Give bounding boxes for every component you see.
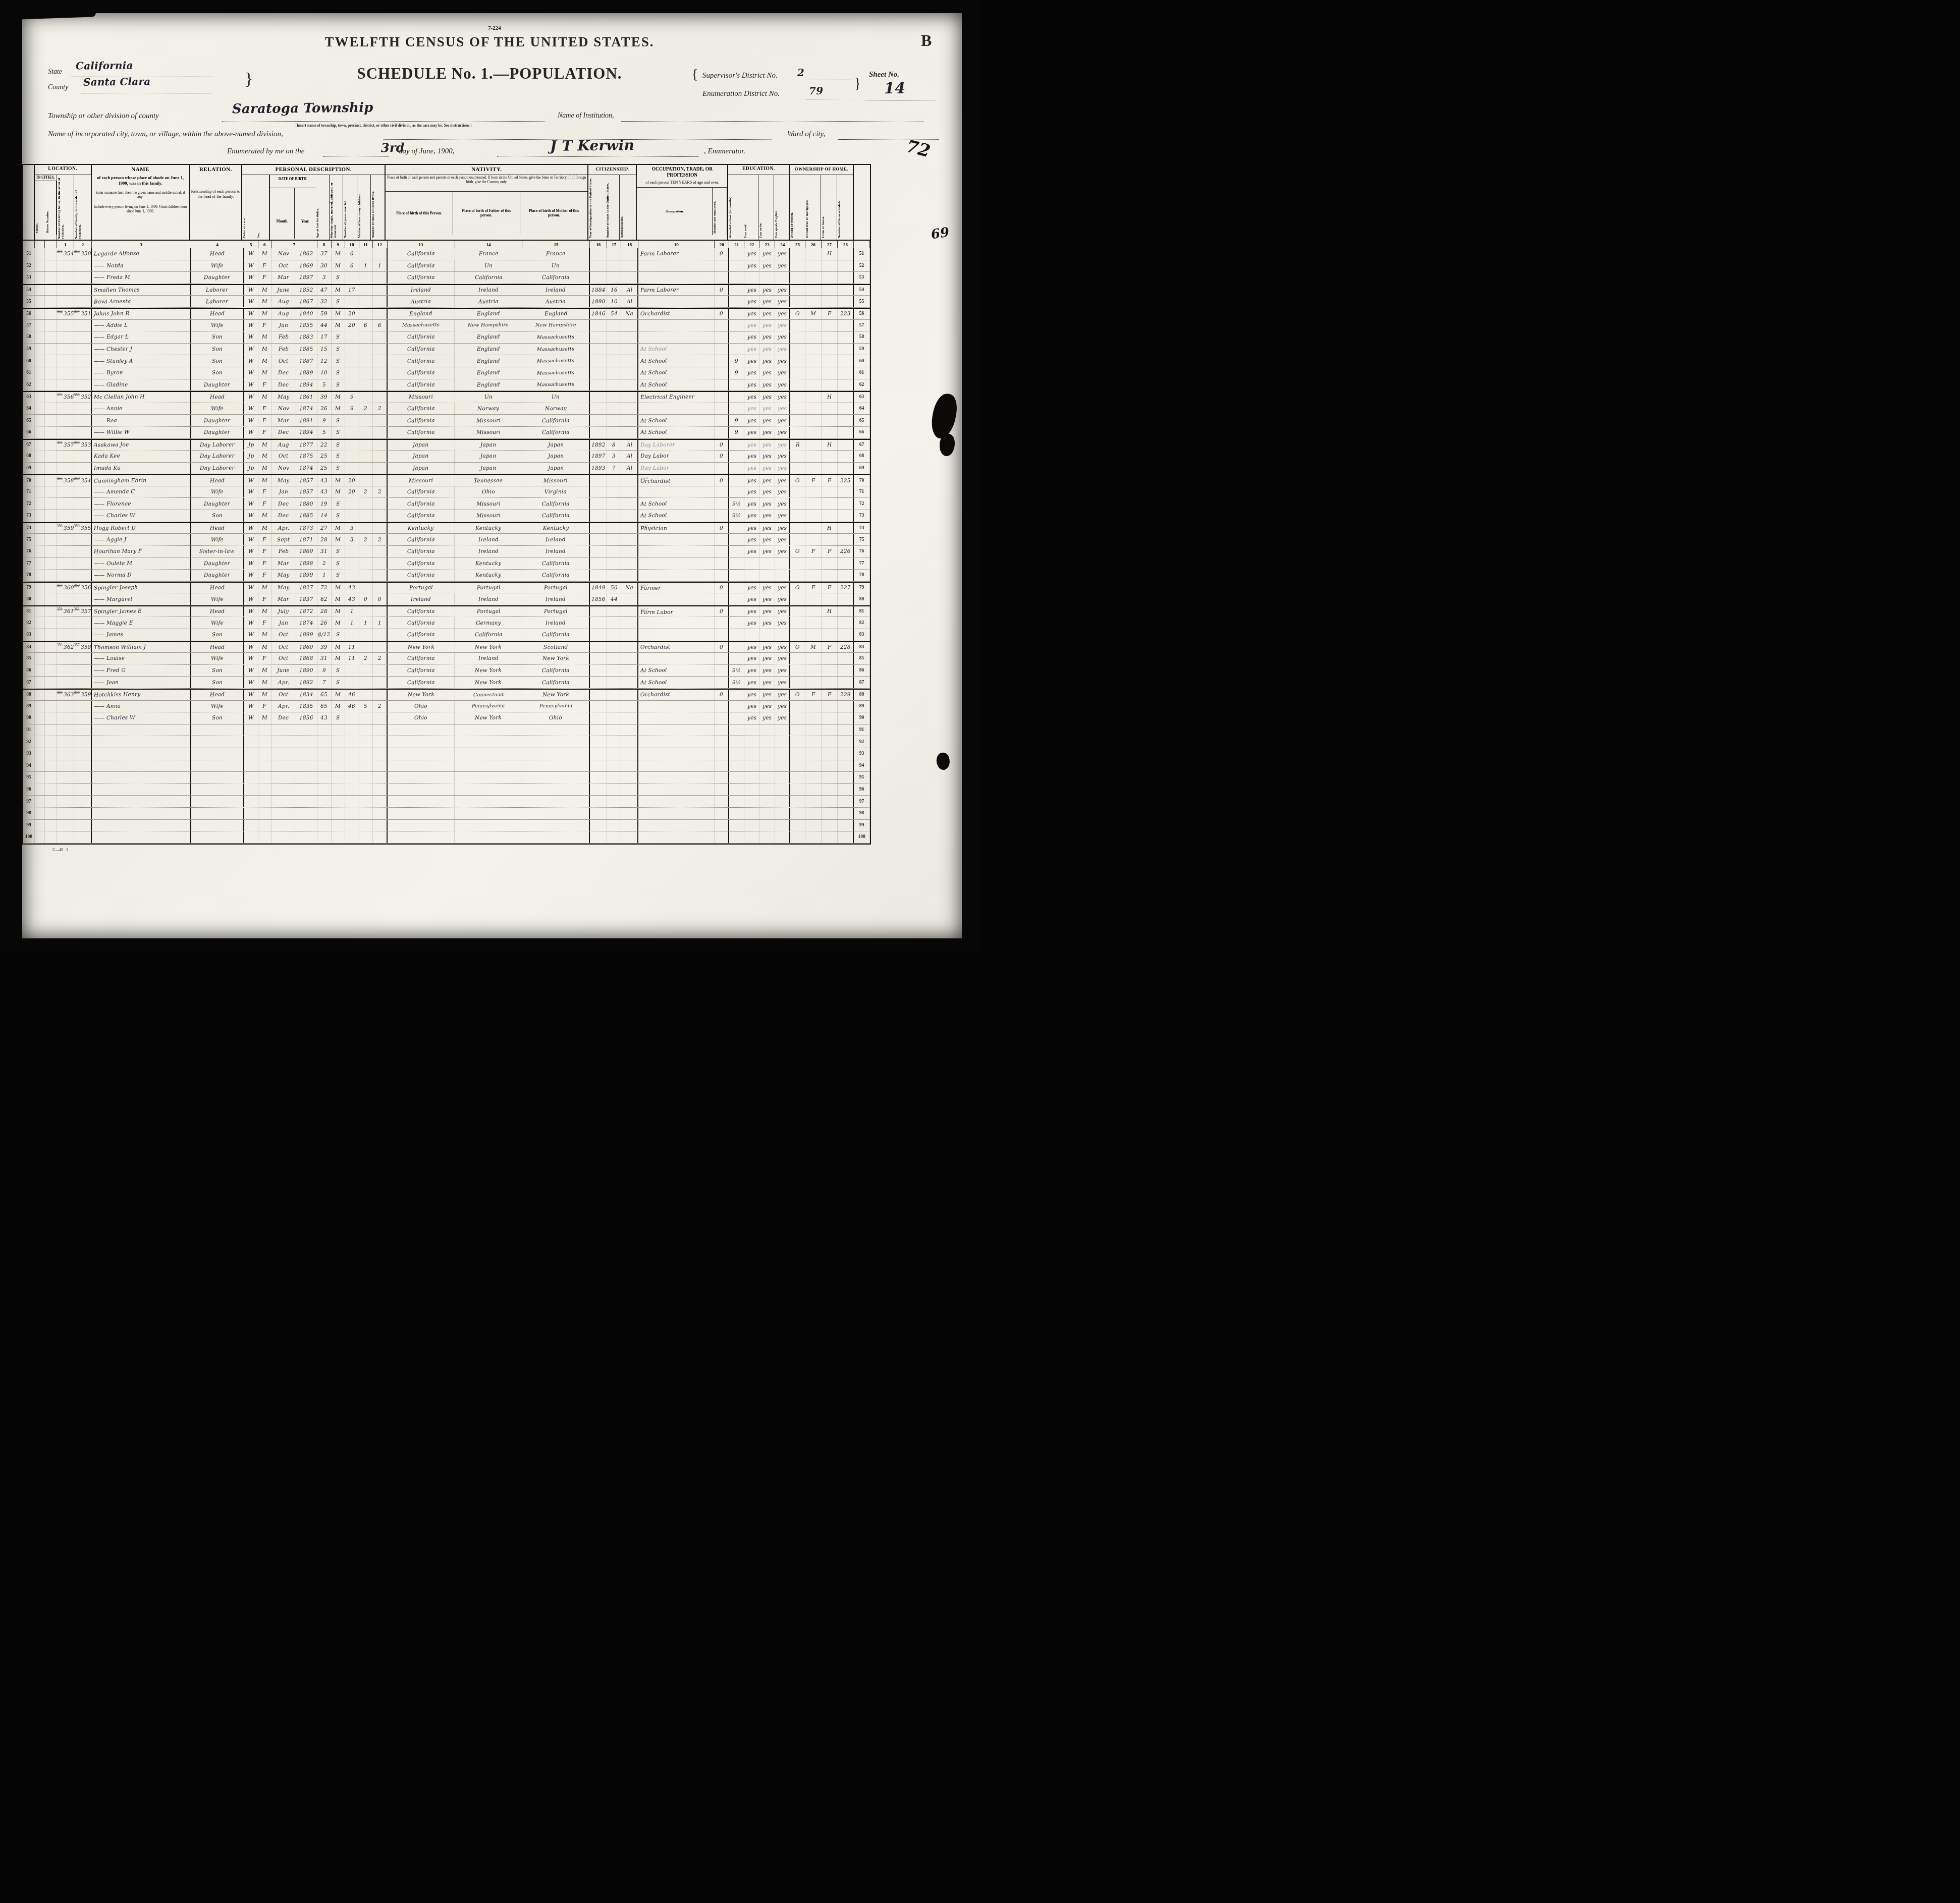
cell-sch xyxy=(729,748,744,760)
cell-age xyxy=(317,736,332,748)
cell-s: M xyxy=(258,642,271,653)
cell-c: W xyxy=(244,510,258,522)
cell-ow xyxy=(790,427,805,438)
cell-iy xyxy=(590,367,607,379)
cell-fh: H xyxy=(822,606,838,617)
cell-fam xyxy=(74,796,92,807)
cell-fam xyxy=(74,629,92,641)
row-number: 56 xyxy=(854,309,870,319)
cell-mne xyxy=(715,344,729,355)
column-number-strip: 1234567891011121314151617181920212223242… xyxy=(23,240,870,248)
cell-iy: 1897 xyxy=(590,451,607,462)
margin-scribble: 69 xyxy=(930,225,950,243)
cell-pb: California xyxy=(388,534,455,545)
cell-en xyxy=(775,557,790,569)
hdr-personal: PERSONAL DESCRIPTION. Color or race. Sex… xyxy=(242,165,386,240)
cell-ym: 46 xyxy=(345,690,359,700)
cell-cl xyxy=(373,784,388,796)
colnum-3: 3 xyxy=(92,241,191,248)
street-header: Street. xyxy=(35,181,45,235)
enumerated-post: , Enumerator. xyxy=(704,147,745,156)
sig-blank xyxy=(497,156,699,157)
cell-rel: Daughter xyxy=(191,415,244,426)
cell-oc xyxy=(638,808,715,819)
cell-ym xyxy=(345,772,359,783)
table-row: 9898 xyxy=(23,808,870,820)
cell-oc: At School xyxy=(638,379,715,391)
cell-fs xyxy=(838,820,854,831)
schedule-title: SCHEDULE No. 1.—POPULATION. xyxy=(283,65,696,83)
cell-fh xyxy=(822,760,838,772)
cell-rel: Head xyxy=(191,523,244,534)
cell-rel: Wife xyxy=(191,701,244,712)
cell-sch xyxy=(729,403,744,415)
cell-mne xyxy=(715,403,729,415)
row-number: 70 xyxy=(854,475,870,486)
cell-c: W xyxy=(244,355,258,367)
colnum-22: 22 xyxy=(744,241,759,248)
cell-cl xyxy=(373,510,388,522)
cell-ow xyxy=(790,379,805,391)
cell-dw xyxy=(57,808,74,819)
cell-s xyxy=(258,808,271,819)
cell-s: M xyxy=(258,510,271,522)
supervisor-label: Supervisor's District No. xyxy=(702,72,778,80)
cell-fs xyxy=(838,427,854,438)
cell-dw xyxy=(57,498,74,510)
cell-cl xyxy=(373,772,388,783)
cell-iy xyxy=(590,392,607,403)
cell-wr: yes xyxy=(759,583,775,593)
cell-fs xyxy=(838,486,854,498)
cell-fam xyxy=(74,510,92,522)
cell-en: yes xyxy=(775,712,790,724)
cell-fh xyxy=(822,831,838,843)
cell-pf: New York xyxy=(455,642,523,653)
cell-fs xyxy=(838,701,854,712)
cell-ow: O xyxy=(790,309,805,319)
cell-rel: Head xyxy=(191,309,244,319)
cell-fh: F xyxy=(822,690,838,700)
cell-ym xyxy=(345,344,359,355)
cell-oc: 0-0-4Physician xyxy=(638,523,715,534)
cell-rel: Day Laborer xyxy=(191,440,244,451)
cell-dw xyxy=(57,724,74,736)
row-number: 81 xyxy=(23,606,35,617)
cell-iy xyxy=(590,642,607,653)
table-row: 79357360360356Spingler JosephHeadWMMay18… xyxy=(23,582,870,594)
cell-fam xyxy=(74,760,92,772)
film-edge-top xyxy=(0,0,980,13)
cell-rd xyxy=(744,760,759,772)
cell-iy xyxy=(590,355,607,367)
cell-cl xyxy=(373,760,388,772)
cell-en: yes xyxy=(775,285,790,296)
cell-name: —— Annie xyxy=(92,403,191,415)
cell-oc xyxy=(638,796,715,807)
row-number: 58 xyxy=(23,331,35,343)
row-number: 60 xyxy=(854,355,870,367)
cell-fs xyxy=(838,808,854,819)
cell-cl xyxy=(373,272,388,284)
colnum-27: 27 xyxy=(822,241,838,248)
row-number: 67 xyxy=(23,440,35,451)
cell-house xyxy=(45,583,57,593)
row-number: 76 xyxy=(854,546,870,557)
colnum-25: 25 xyxy=(790,241,805,248)
cell-street xyxy=(35,820,45,831)
cell-street xyxy=(35,724,45,736)
ward-label: Ward of city, xyxy=(787,130,825,139)
colnum-10: 10 xyxy=(345,241,359,248)
cell-fr xyxy=(805,427,822,438)
cell-fam xyxy=(74,593,92,605)
cell-fr: F xyxy=(805,546,822,557)
cell-house xyxy=(45,451,57,462)
cell-sch xyxy=(729,260,744,272)
cell-rel: Wife xyxy=(191,403,244,415)
cell-mne xyxy=(715,320,729,331)
cell-mne xyxy=(715,808,729,819)
cell-fr xyxy=(805,392,822,403)
cell-sch xyxy=(729,772,744,783)
cell-na xyxy=(621,653,638,664)
cell-ym xyxy=(345,463,359,474)
cell-mc xyxy=(359,331,373,343)
cell-c: W xyxy=(244,272,258,284)
cell-sch xyxy=(729,546,744,557)
cell-fr xyxy=(805,463,822,474)
cell-rd: yes xyxy=(744,701,759,712)
cell-sch xyxy=(729,440,744,451)
cell-mc xyxy=(359,690,373,700)
cell-name: Spingler James E xyxy=(92,606,191,617)
table-row: 75—— Aggie JWifeWFSept187128M322Californ… xyxy=(23,534,870,546)
cell-s: F xyxy=(258,427,271,438)
cell-age: 43 xyxy=(317,486,332,498)
cell-mc xyxy=(359,677,373,688)
table-row: 87—— JeanSonWMApr.18927SCaliforniaNew Yo… xyxy=(23,677,870,689)
cell-dw xyxy=(57,260,74,272)
cell-pm xyxy=(522,784,590,796)
cell-rel: Daughter xyxy=(191,557,244,569)
cell-house xyxy=(45,367,57,379)
colnum-16: 16 xyxy=(590,241,607,248)
cell-dw xyxy=(57,784,74,796)
cell-iy xyxy=(590,331,607,343)
table-row: 59—— Chester JSonWMFeb188515SCaliforniaE… xyxy=(23,344,870,356)
cell-pm: Ireland xyxy=(522,593,590,605)
cell-fs xyxy=(838,712,854,724)
cell-pb: Missouri xyxy=(388,475,455,486)
cell-name: —— Ouleta M xyxy=(92,557,191,569)
cell-house xyxy=(45,248,57,260)
cell-age: 30 xyxy=(317,260,332,272)
cell-mo: Feb xyxy=(271,331,296,343)
cell-na xyxy=(621,260,638,272)
cell-s: F xyxy=(258,546,271,557)
cell-na xyxy=(621,642,638,653)
cell-cl xyxy=(373,557,388,569)
cell-pm: Ireland xyxy=(522,285,590,296)
row-number: 86 xyxy=(854,665,870,677)
colnum-13: 13 xyxy=(388,241,455,248)
cell-house xyxy=(45,309,57,319)
row-number: 57 xyxy=(854,320,870,331)
cell-fam xyxy=(74,463,92,474)
cell-fs xyxy=(838,355,854,367)
cell-m xyxy=(332,796,345,807)
cell-yr: 1874 xyxy=(296,403,317,415)
cell-fh xyxy=(822,677,838,688)
cell-fam xyxy=(74,736,92,748)
cell-age xyxy=(317,808,332,819)
cell-dw xyxy=(57,403,74,415)
table-row: 84359362357358Thomson William JHeadWMOct… xyxy=(23,641,870,653)
cell-dw xyxy=(57,653,74,664)
cell-yr: 1873 xyxy=(296,523,317,534)
cell-ym xyxy=(345,748,359,760)
cell-wr: yes xyxy=(759,523,775,534)
cell-iy xyxy=(590,272,607,284)
cell-s: M xyxy=(258,392,271,403)
cell-pb: California xyxy=(388,344,455,355)
cell-en: yes xyxy=(775,523,790,534)
cell-age: 5 xyxy=(317,427,332,438)
cell-c: W xyxy=(244,403,258,415)
cell-en: yes xyxy=(775,534,790,545)
cell-ym xyxy=(345,367,359,379)
cell-mne xyxy=(715,677,729,688)
table-row: 9292 xyxy=(23,736,870,748)
cell-cl: 2 xyxy=(373,701,388,712)
hdr-ownership: OWNERSHIP OF HOME. Owned or rented. Owne… xyxy=(790,165,854,240)
cell-pf: Ireland xyxy=(455,285,522,296)
cell-c: W xyxy=(244,415,258,426)
cell-mne xyxy=(715,820,729,831)
cell-en: yes xyxy=(775,498,790,510)
cell-fr xyxy=(805,248,822,260)
cell-fh xyxy=(822,367,838,379)
cell-s xyxy=(258,784,271,796)
cell-pb: England xyxy=(388,309,455,319)
cell-fs xyxy=(838,534,854,545)
row-number: 71 xyxy=(23,486,35,498)
cell-yr xyxy=(296,772,317,783)
cell-fr xyxy=(805,617,822,629)
cell-mne xyxy=(715,570,729,581)
cell-pf: Missouri xyxy=(455,510,522,522)
cell-fam xyxy=(74,296,92,307)
cell-dw xyxy=(57,534,74,545)
occupation-title: OCCUPATION, TRADE, OR PROFESSION xyxy=(637,165,727,180)
cell-rd: yes xyxy=(744,379,759,391)
colnum-18: 18 xyxy=(621,241,638,248)
cell-wr: yes xyxy=(759,617,775,629)
cell-mo: Feb xyxy=(271,344,296,355)
cell-ym xyxy=(345,629,359,641)
cell-c: W xyxy=(244,690,258,700)
cell-cl xyxy=(373,309,388,319)
cell-ym xyxy=(345,498,359,510)
cell-name: —— Edgar L xyxy=(92,331,191,343)
film-edge-bottom xyxy=(0,938,980,951)
cell-iy xyxy=(590,617,607,629)
occupation-subtitle: of each person TEN YEARS of age and over… xyxy=(637,180,727,188)
cell-wr: yes xyxy=(759,427,775,438)
cell-ow: O xyxy=(790,642,805,653)
cell-fr xyxy=(805,415,822,426)
cell-pf: England xyxy=(455,331,522,343)
cell-ym xyxy=(345,831,359,843)
cell-pb: California xyxy=(388,546,455,557)
cell-cl xyxy=(373,415,388,426)
cell-mo: June xyxy=(271,285,296,296)
cell-pb: Kentucky xyxy=(388,523,455,534)
cell-en: yes xyxy=(775,403,790,415)
cell-iy: 1892 xyxy=(590,440,607,451)
cell-pb xyxy=(388,808,455,819)
cell-pm: California xyxy=(522,272,590,284)
cell-street xyxy=(35,344,45,355)
cell-pb: California xyxy=(388,570,455,581)
cell-fam xyxy=(74,285,92,296)
table-row: 55Bava ArnestaLaborerWMAug186732SAustria… xyxy=(23,296,870,308)
cell-fr xyxy=(805,748,822,760)
table-row: 82—— Maggie EWifeWFJan187426M111Californ… xyxy=(23,617,870,629)
cell-pb: Japan xyxy=(388,463,455,474)
row-number: 69 xyxy=(854,463,870,474)
cell-yr: 1890 xyxy=(296,665,317,677)
cell-iy xyxy=(590,427,607,438)
cell-fam xyxy=(74,355,92,367)
cell-rel: Laborer xyxy=(191,296,244,307)
cell-c: W xyxy=(244,344,258,355)
pob-person-header: Place of birth of this Person. xyxy=(386,192,453,234)
cell-mo: Dec xyxy=(271,498,296,510)
cell-yu xyxy=(607,392,621,403)
cell-dw xyxy=(57,677,74,688)
cell-fam xyxy=(74,724,92,736)
row-number: 53 xyxy=(854,272,870,284)
cell-age: 37 xyxy=(317,248,332,260)
cell-en: yes xyxy=(775,475,790,486)
table-row: 51351354353350Legarde AlfonsoHeadWMNov18… xyxy=(23,248,870,260)
cell-rel: Son xyxy=(191,629,244,641)
cell-mne: 0 xyxy=(715,475,729,486)
cell-yu xyxy=(607,248,621,260)
cell-street xyxy=(35,331,45,343)
township-value: Saratoga Township xyxy=(232,100,373,117)
cell-rd xyxy=(744,831,759,843)
cell-s: M xyxy=(258,344,271,355)
cell-yu xyxy=(607,403,621,415)
cell-fs xyxy=(838,653,854,664)
hdr-rownum-left xyxy=(23,165,35,240)
cell-age: 43 xyxy=(317,475,332,486)
struck-number: 354 xyxy=(57,440,63,445)
cell-house xyxy=(45,475,57,486)
cell-en xyxy=(775,272,790,284)
cell-mo: May xyxy=(271,475,296,486)
cell-pm: California xyxy=(522,665,590,677)
cell-na xyxy=(621,593,638,605)
cell-age: 14 xyxy=(317,510,332,522)
cell-pb xyxy=(388,796,455,807)
dwelling-number-header: Number of dwelling house, in the order o… xyxy=(57,175,74,241)
cell-c: W xyxy=(244,665,258,677)
cell-yu: 16 xyxy=(607,285,621,296)
cell-fs xyxy=(838,296,854,307)
cell-m: S xyxy=(332,379,345,391)
cell-rd: yes xyxy=(744,344,759,355)
cell-c: W xyxy=(244,248,258,260)
cell-na xyxy=(621,606,638,617)
sheet-blank xyxy=(865,100,936,100)
row-number: 74 xyxy=(854,523,870,534)
cell-ow xyxy=(790,392,805,403)
cell-pb: Ohio xyxy=(388,701,455,712)
cell-rd xyxy=(744,784,759,796)
cell-s xyxy=(258,736,271,748)
cell-name xyxy=(92,724,191,736)
cell-sch: 9 xyxy=(729,355,744,367)
cell-cl xyxy=(373,736,388,748)
cell-m: M xyxy=(332,285,345,296)
cell-na xyxy=(621,498,638,510)
cell-yr: 1894 xyxy=(296,427,317,438)
cell-pf: New York xyxy=(455,677,522,688)
cell-pb: New York xyxy=(388,690,455,700)
cell-oc: At School xyxy=(638,665,715,677)
cell-iy xyxy=(590,523,607,534)
cell-dw xyxy=(57,367,74,379)
cell-age xyxy=(317,760,332,772)
cell-mne xyxy=(715,629,729,641)
cell-fh: H xyxy=(822,440,838,451)
cell-fh xyxy=(822,320,838,331)
cell-rel: Laborer xyxy=(191,285,244,296)
cell-sch xyxy=(729,593,744,605)
cell-c: W xyxy=(244,653,258,664)
cell-pf: France xyxy=(455,248,523,260)
table-row: 57—— Addie LWifeWFJan185544M2066Massachu… xyxy=(23,320,870,332)
cell-ym xyxy=(345,820,359,831)
cell-dw xyxy=(57,820,74,831)
hdr-location: LOCATION. IN CITIES. Street. House Numbe… xyxy=(35,165,92,240)
cell-rel: Head xyxy=(191,248,244,260)
cell-m: S xyxy=(332,415,345,426)
cell-na xyxy=(621,272,638,284)
cell-house xyxy=(45,260,57,272)
cell-s: F xyxy=(258,593,271,605)
cell-fs xyxy=(838,557,854,569)
cell-fam xyxy=(74,427,92,438)
cell-c: W xyxy=(244,260,258,272)
cell-na xyxy=(621,403,638,415)
table-row: 66—— Willie WDaughterWFDec18945SCaliforn… xyxy=(23,427,870,439)
row-number: 75 xyxy=(23,534,35,545)
cell-c: Jp xyxy=(244,451,258,462)
cell-oc xyxy=(638,712,715,724)
enumerator-signature: J T Kerwin xyxy=(550,137,634,154)
cell-fam xyxy=(74,653,92,664)
cell-mc xyxy=(359,463,373,474)
cell-sch xyxy=(729,534,744,545)
cell-fr xyxy=(805,772,822,783)
cell-ow xyxy=(790,272,805,284)
cell-pm: Norway xyxy=(522,403,590,415)
